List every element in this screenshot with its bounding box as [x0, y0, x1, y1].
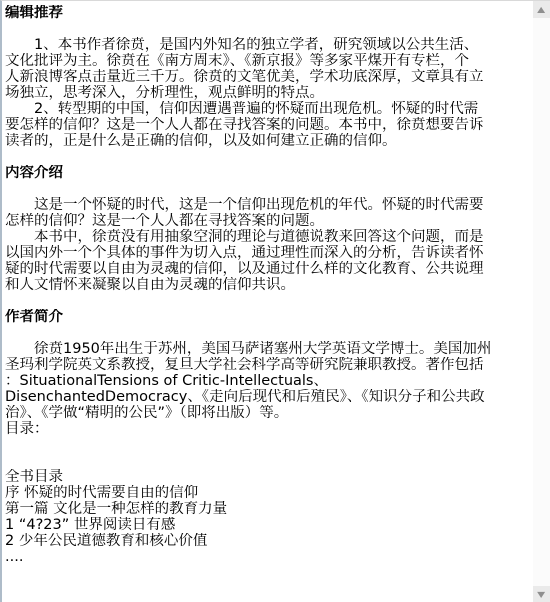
text-line: 场独立，思考深入，分析理性，观点鲜明的特点。 — [5, 85, 533, 101]
text-line: 疑的时代需要以自由为灵魂的信仰，以及通过什么样的文化教育、公共说理 — [5, 261, 533, 277]
text-line — [5, 453, 533, 469]
text-line: 第一篇 文化是一种怎样的教育力量 — [5, 501, 533, 517]
section-heading: 编辑推荐 — [5, 5, 533, 21]
up-arrow-icon: ▲ — [537, 6, 545, 14]
book-description-text: 编辑推荐 1、本书作者徐贲，是国内外知名的独立学者，研究领域以公共生活、文化批评… — [2, 1, 533, 602]
scrollbar-track[interactable] — [533, 18, 550, 586]
text-line — [5, 149, 533, 165]
text-line: 这是一个怀疑的时代，这是一个信仰出现危机的年代。怀疑的时代需要 — [5, 197, 533, 213]
text-line: 本书中，徐贲没有用抽象空洞的理论与道德说教来回答这个问题，而是 — [5, 229, 533, 245]
text-line: 人新浪博客点击量近三千万。徐贲的文笔优美，学术功底深厚，文章具有立 — [5, 69, 533, 85]
text-line: 治》、《学做“精明的公民”》（即将出版）等。 — [5, 405, 533, 421]
text-line — [5, 293, 533, 309]
text-line: 1 “4?23” 世界阅读日有感 — [5, 517, 533, 533]
text-line — [5, 437, 533, 453]
text-line: 1、本书作者徐贲，是国内外知名的独立学者，研究领域以公共生活、 — [5, 37, 533, 53]
text-line: 全书目录 — [5, 469, 533, 485]
text-line: .... — [5, 549, 533, 565]
section-heading: 作者简介 — [5, 309, 533, 325]
text-line: 2 少年公民道德教育和核心价值 — [5, 533, 533, 549]
text-line: DisenchantedDemocracy、《走向后现代和后殖民》、《知识分子和… — [5, 389, 533, 405]
text-line: 2、转型期的中国，信仰因遭遇普遍的怀疑而出现危机。怀疑的时代需 — [5, 101, 533, 117]
scroll-down-button[interactable]: ▼ — [533, 586, 550, 602]
text-line: 目录： — [5, 421, 533, 437]
section-heading: 内容介绍 — [5, 165, 533, 181]
down-arrow-icon: ▼ — [537, 591, 545, 599]
text-line: 文化批评为主。徐贲在《南方周末》、《新京报》等多家平煤开有专栏，个 — [5, 53, 533, 69]
text-line — [5, 181, 533, 197]
text-line: ：SituationalTensions of Critic-Intellect… — [5, 373, 533, 389]
text-line: 以国内外一个个具体的事件为切入点，通过理性而深入的分析，告诉读者怀 — [5, 245, 533, 261]
text-line — [5, 325, 533, 341]
book-description-panel: 编辑推荐 1、本书作者徐贲，是国内外知名的独立学者，研究领域以公共生活、文化批评… — [0, 0, 550, 602]
text-line: 读者的，正是什么是正确的信仰，以及如何建立正确的信仰。 — [5, 133, 533, 149]
text-line: 圣玛利学院英文系教授，复旦大学社会科学高等研究院兼职教授。著作包括 — [5, 357, 533, 373]
text-line: 和人文情怀来凝聚以自由为灵魂的信仰共识。 — [5, 277, 533, 293]
vertical-scrollbar[interactable]: ▲ ▼ — [533, 1, 550, 602]
text-line — [5, 21, 533, 37]
text-line: 怎样的信仰？这是一个人人都在寻找答案的问题。 — [5, 213, 533, 229]
text-line: 要怎样的信仰？这是一个人人都在寻找答案的问题。本书中，徐贲想要告诉 — [5, 117, 533, 133]
text-line: 徐贲1950年出生于苏州，美国马萨诸塞州大学英语文学博士。美国加州 — [5, 341, 533, 357]
scroll-up-button[interactable]: ▲ — [533, 1, 550, 18]
text-line: 序 怀疑的时代需要自由的信仰 — [5, 485, 533, 501]
